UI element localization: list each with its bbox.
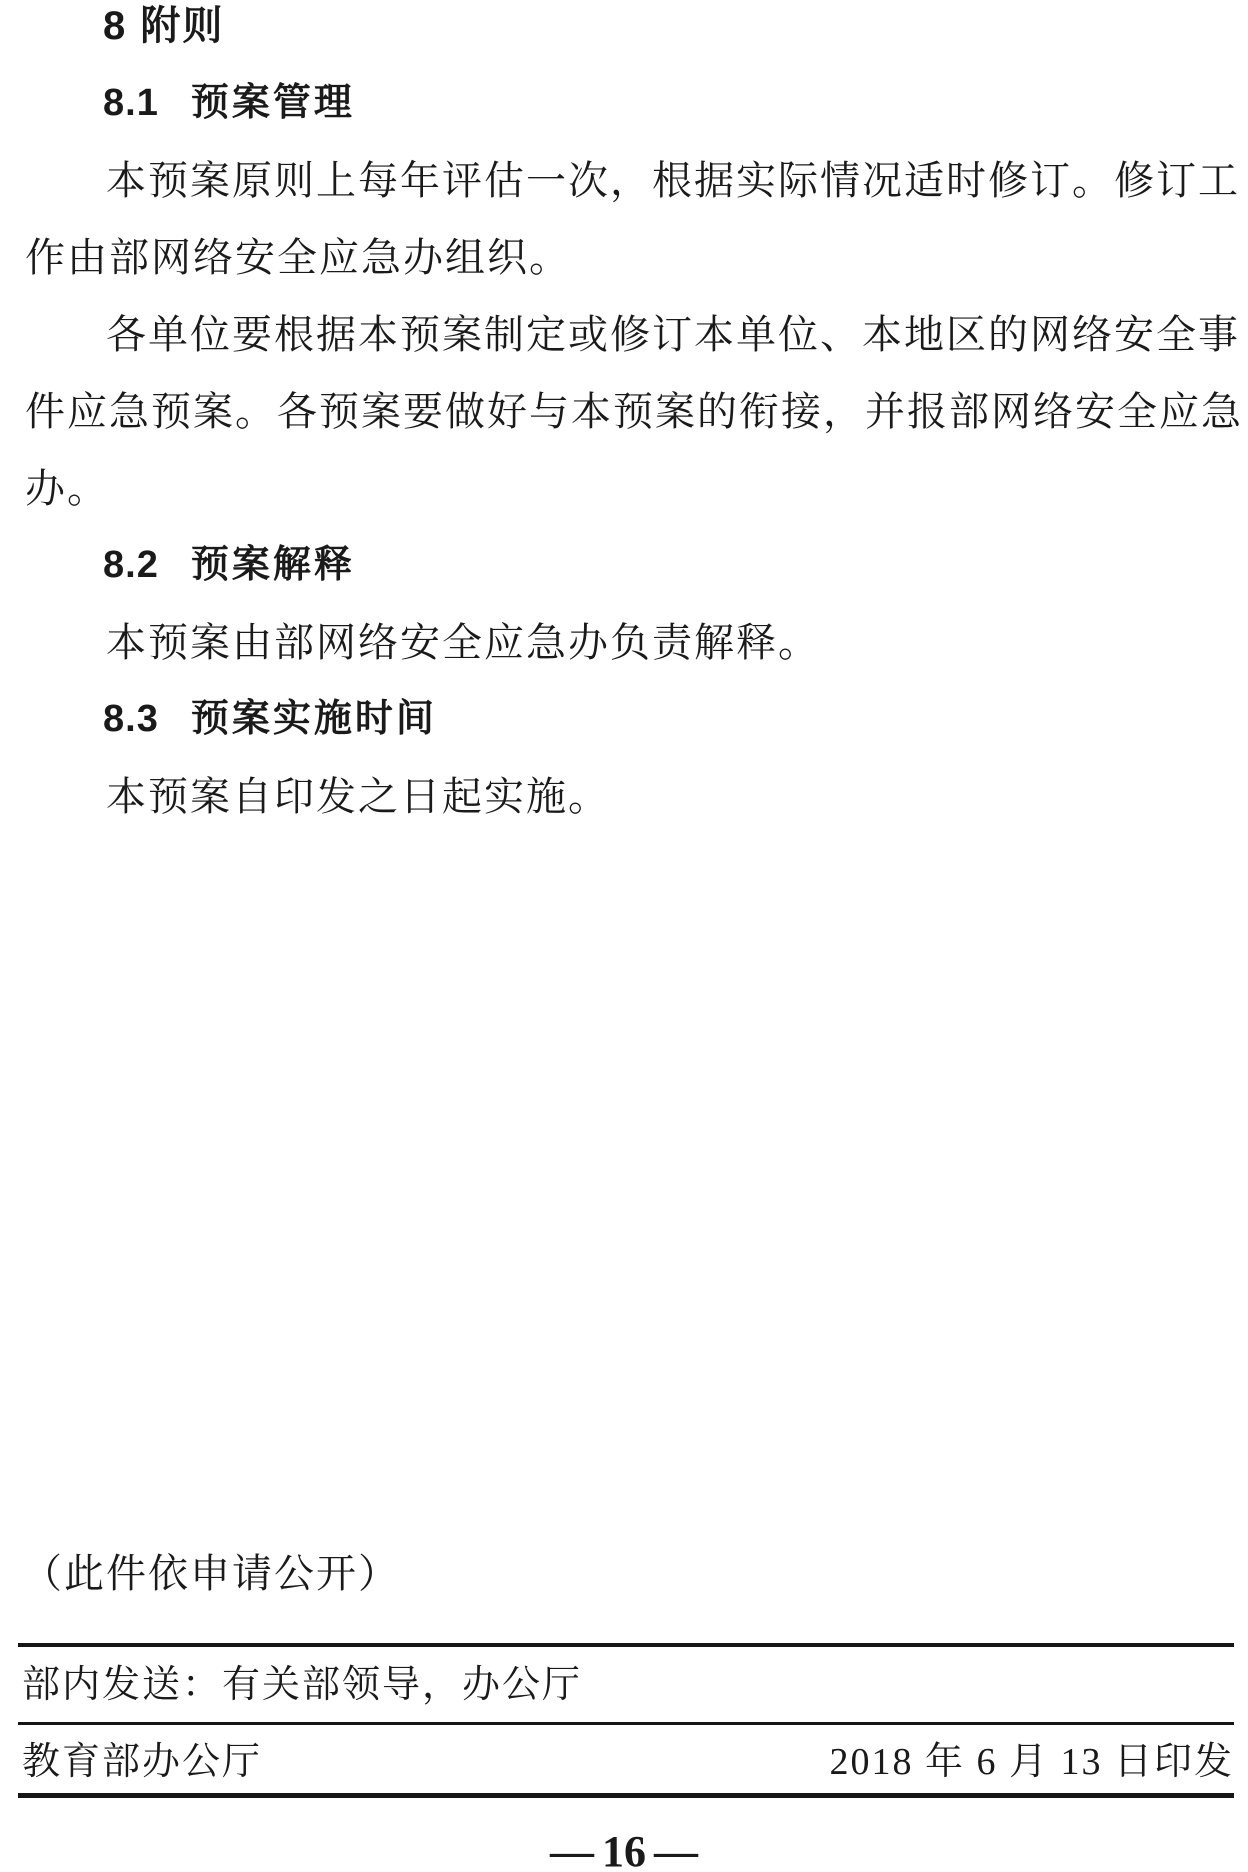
document-page: { "content": [ { "type": "h1", "text": "…: [0, 0, 1248, 1872]
footer-issuer-row: 教育部办公厅 2018 年 6 月 13 日印发: [22, 1737, 1234, 1787]
subsection-number: 8.1: [103, 82, 159, 124]
body-line: 本预案原则上每年评估一次，根据实际情况适时修订。修订工: [25, 142, 1241, 219]
page-number: 16: [602, 1827, 646, 1872]
page-number-dash-right: —: [654, 1827, 698, 1872]
subsection-heading: 8.2预案解释: [25, 527, 1241, 604]
subsection-heading: 8.3预案实施时间: [25, 681, 1241, 758]
subsection-heading: 8.1预案管理: [25, 65, 1241, 142]
page-number-row: —16—: [0, 1826, 1248, 1872]
document-body: 8 附则8.1预案管理本预案原则上每年评估一次，根据实际情况适时修订。修订工作由…: [25, 0, 1241, 835]
subsection-number: 8.3: [103, 698, 159, 740]
body-line: 各单位要根据本预案制定或修订本单位、本地区的网络安全事: [25, 296, 1241, 373]
subsection-title: 预案管理: [191, 82, 355, 124]
footer-cc-line: 部内发送：有关部领导，办公厅: [22, 1660, 582, 1710]
body-line: 办。: [25, 450, 1241, 527]
body-line: 件应急预案。各预案要做好与本预案的衔接，并报部网络安全应急: [25, 373, 1241, 450]
subsection-title: 预案解释: [191, 544, 355, 586]
footer-divider-middle: [18, 1722, 1234, 1725]
footer-divider-top: [18, 1643, 1234, 1647]
footer-issuer: 教育部办公厅: [22, 1737, 262, 1787]
body-line: 作由部网络安全应急办组织。: [25, 219, 1241, 296]
footer-print-date: 2018 年 6 月 13 日印发: [829, 1737, 1234, 1787]
subsection-number: 8.2: [103, 544, 159, 586]
body-line: 本预案自印发之日起实施。: [25, 758, 1241, 835]
section-heading: 8 附则: [25, 0, 1241, 65]
subsection-title: 预案实施时间: [191, 698, 437, 740]
disclosure-note: （此件依申请公开）: [22, 1550, 400, 1598]
footer-divider-bottom: [18, 1793, 1234, 1798]
body-line: 本预案由部网络安全应急办负责解释。: [25, 604, 1241, 681]
page-number-dash-left: —: [550, 1827, 594, 1872]
